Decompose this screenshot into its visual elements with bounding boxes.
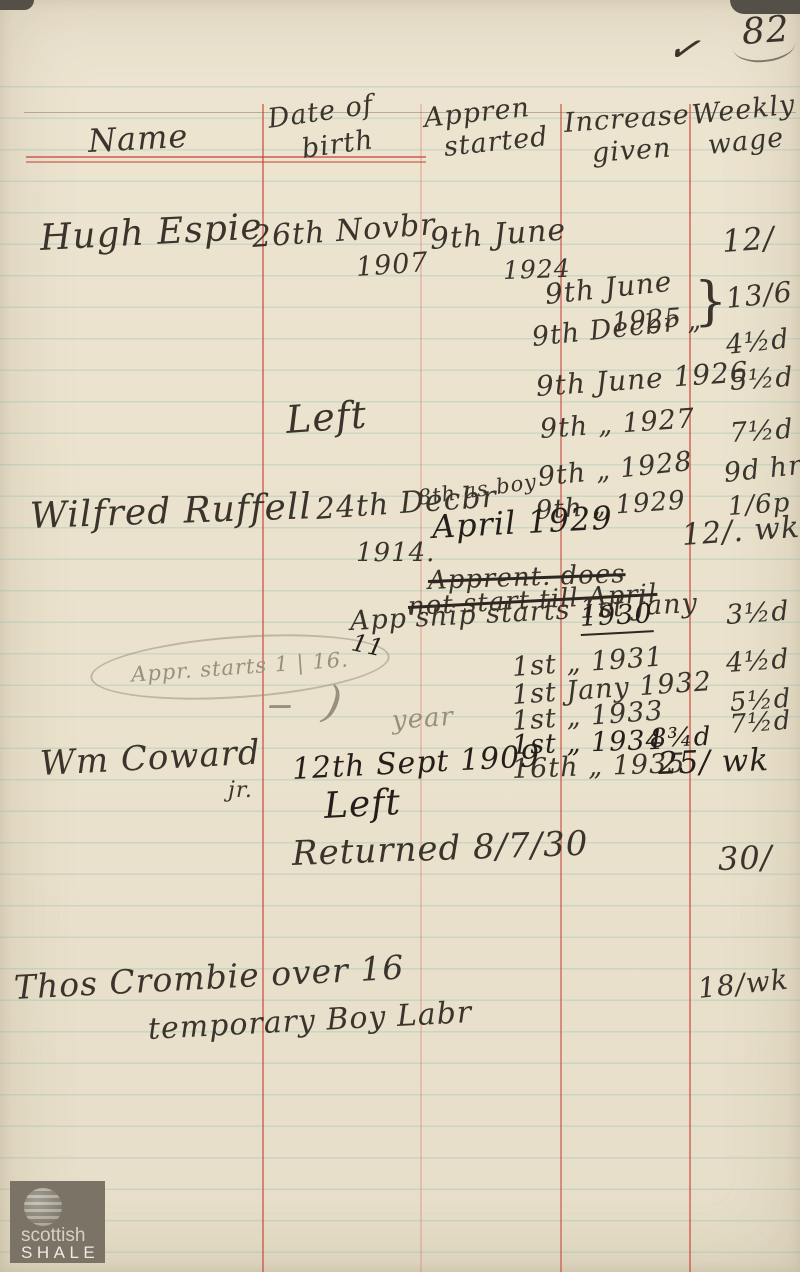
entry-ruffell-weekly-wage: 12/. wk xyxy=(681,510,800,553)
column-header-increase-line1: Increase xyxy=(563,99,691,139)
espie-increase-1927-date: 9th „ 1927 xyxy=(539,403,696,445)
column-header-increase-line2: given xyxy=(591,132,673,168)
logo-text-shale: SHALE xyxy=(21,1243,99,1263)
entry-coward-name-suffix: jr. xyxy=(228,778,253,803)
ruffell-increase-1935-amount: 25/ wk xyxy=(657,742,769,782)
entry-crombie-name: Thos Crombie over 16 xyxy=(13,948,405,1007)
entry-espie-started: 9th June xyxy=(429,213,568,257)
espie-increase-1928-amount: 9d hr xyxy=(722,450,800,489)
entry-coward-dob: 12th Sept 1909 xyxy=(291,739,541,787)
shale-globe-icon xyxy=(24,1188,62,1226)
header-underline-1 xyxy=(26,156,426,158)
entry-ruffell-dob-year: 1914. xyxy=(356,538,435,568)
ruffell-appship-amount: 3½d xyxy=(725,596,791,631)
entry-ruffell-name: Wilfred Ruffell xyxy=(29,486,312,537)
ruffell-increase-1933-amount: 7½d xyxy=(729,706,792,740)
column-header-dob-line2: birth xyxy=(300,124,376,165)
espie-increase-1926-amount: 5½d xyxy=(729,362,795,397)
entry-ruffell-started: April 1929 xyxy=(431,499,614,546)
entry-espie-name: Hugh Espie xyxy=(39,206,264,259)
page-corner-shadow-left xyxy=(0,0,34,10)
espie-increase-1925-amount: 13/6 xyxy=(724,275,794,315)
header-underline-2 xyxy=(26,161,426,163)
ruffell-increase-1931-amount: 4½d xyxy=(725,644,791,679)
espie-increase-1927-amount: 7½d xyxy=(729,414,795,449)
check-mark: ✓ xyxy=(664,24,704,73)
pencil-dash: — xyxy=(268,690,293,719)
entry-espie-weekly-wage: 12/ xyxy=(721,220,776,260)
entry-coward-returned: Returned 8/7/30 xyxy=(291,824,589,874)
pencil-note-text: Appr. starts 1 | 16. xyxy=(130,647,349,686)
entry-crombie-note: temporary Boy Labr xyxy=(147,995,473,1047)
pencil-circled-note: Appr. starts 1 | 16. xyxy=(88,626,392,709)
column-rule-2 xyxy=(420,104,422,1272)
entry-espie-dob-year: 1907 xyxy=(355,247,430,283)
column-header-weekly-line2: wage xyxy=(706,122,785,161)
ruffell-appship-year: 1930 xyxy=(579,598,653,636)
pencil-year-note: year xyxy=(391,702,455,736)
entry-coward-status-left: Left xyxy=(323,782,402,827)
column-header-name: Name xyxy=(87,117,189,160)
entry-coward-name: Wm Coward xyxy=(39,732,262,784)
ledger-page: ✓ 82 Name Date of birth Appren started I… xyxy=(0,0,800,1272)
espie-increase-1926-date: 9th June 1926 xyxy=(535,355,750,403)
entry-espie-status-left: Left xyxy=(284,392,368,442)
scottish-shale-logo: scottish SHALE xyxy=(10,1181,105,1263)
entry-crombie-weekly-wage: 18/wk xyxy=(696,963,790,1005)
entry-coward-weekly-wage: 30/ xyxy=(717,838,773,878)
